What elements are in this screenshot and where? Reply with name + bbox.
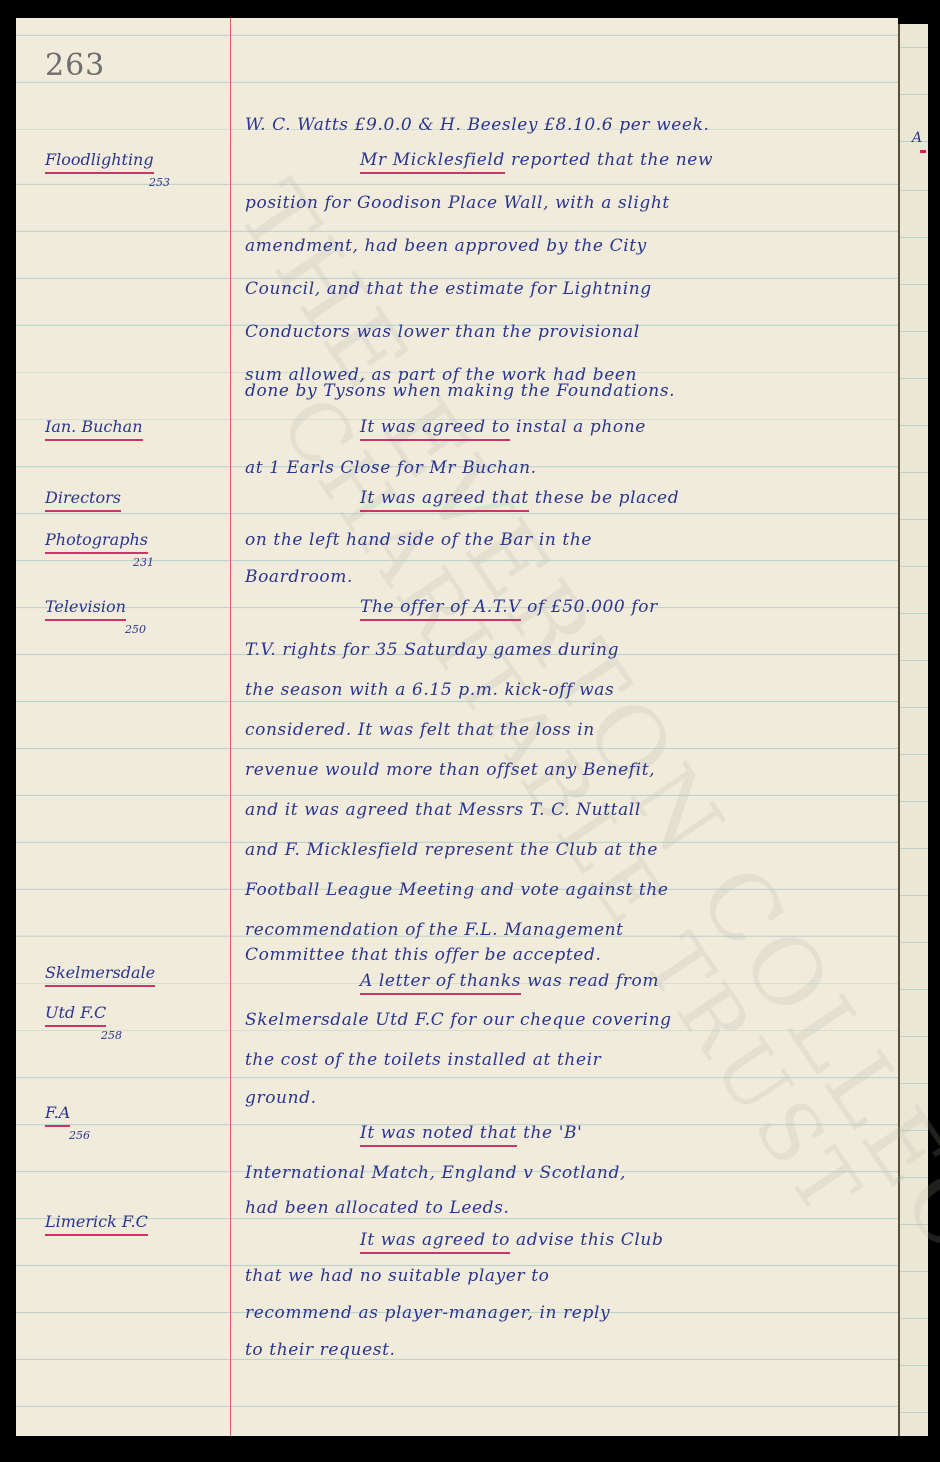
minute-text: revenue would more than offset any Benef… [245,760,655,780]
minute-line: A letter of thanks was read from [360,971,659,991]
minute-line: done by Tysons when making the Foundatio… [245,381,675,401]
minute-line: to their request. [245,1340,396,1360]
page-number: 263 [45,48,105,83]
underlined-phrase: The offer of A.T.V [360,597,521,621]
minute-text: W. C. Watts £9.0.0 & H. Beesley £8.10.6 … [245,115,709,135]
minute-line: It was agreed to instal a phone [360,417,646,437]
minute-text: Council, and that the estimate for Light… [245,279,652,299]
minute-line: recommendation of the F.L. Management [245,920,624,940]
margin-heading-text: Skelmersdale [45,963,155,987]
minute-line: at 1 Earls Close for Mr Buchan. [245,458,537,478]
minute-text: considered. It was felt that the loss in [245,720,595,740]
minute-text: Boardroom. [245,567,353,587]
margin-heading-text: Utd F.C [45,1003,106,1027]
minute-line: on the left hand side of the Bar in the [245,530,592,550]
underlined-phrase: It was agreed that [360,488,529,512]
minute-line: Council, and that the estimate for Light… [245,279,652,299]
minute-line: Committee that this offer be accepted. [245,945,601,965]
minute-text: of £50.000 for [521,597,658,617]
margin-rule [230,18,231,1436]
margin-reference-number: 231 [133,556,154,569]
margin-heading-text: Directors [45,488,121,512]
minute-text: that we had no suitable player to [245,1266,550,1286]
minute-text: the cost of the toilets installed at the… [245,1050,601,1070]
margin-reference-number: 258 [101,1029,122,1042]
minute-line: Mr Micklesfield reported that the new [360,150,713,170]
margin-heading: Utd F.C258 [45,1003,106,1027]
minute-text: on the left hand side of the Bar in the [245,530,592,550]
minute-line: position for Goodison Place Wall, with a… [245,193,670,213]
margin-heading-text: Floodlighting [45,150,154,174]
minute-line: Football League Meeting and vote against… [245,880,669,900]
minute-line: the season with a 6.15 p.m. kick-off was [245,680,614,700]
minute-line: Skelmersdale Utd F.C for our cheque cove… [245,1010,672,1030]
minute-line: ground. [245,1088,317,1108]
margin-heading: Photographs231 [45,530,148,554]
margin-heading: Television250 [45,597,126,621]
margin-reference-number: 250 [125,623,146,636]
minute-line: It was noted that the 'B' [360,1123,582,1143]
minute-text: amendment, had been approved by the City [245,236,647,256]
underlined-phrase: Mr Micklesfield [360,150,505,174]
minute-line: It was agreed to advise this Club [360,1230,663,1250]
margin-heading: Directors [45,488,121,512]
margin-heading-text: Television [45,597,126,621]
minute-line: recommend as player-manager, in reply [245,1303,610,1323]
minute-text: was read from [521,971,659,991]
minute-text: reported that the new [505,150,713,170]
minute-line: that we had no suitable player to [245,1266,550,1286]
underlined-phrase: It was agreed to [360,1230,510,1254]
facing-page-underline [920,150,926,153]
margin-reference-number: 256 [69,1129,90,1142]
minute-text: the 'B' [517,1123,582,1143]
minute-text: T.V. rights for 35 Saturday games during [245,640,619,660]
margin-heading-text: Limerick F.C [45,1212,148,1236]
minute-text: instal a phone [510,417,646,437]
minute-line: the cost of the toilets installed at the… [245,1050,601,1070]
minute-line: had been allocated to Leeds. [245,1198,510,1218]
minute-text: advise this Club [510,1230,663,1250]
facing-page-fragment: A [912,130,922,146]
margin-heading: Ian. Buchan [45,417,143,441]
minute-text: Skelmersdale Utd F.C for our cheque cove… [245,1010,672,1030]
minute-line: Boardroom. [245,567,353,587]
margin-heading-text: Photographs [45,530,148,554]
minute-text: and it was agreed that Messrs T. C. Nutt… [245,800,641,820]
minute-line: considered. It was felt that the loss in [245,720,595,740]
underlined-phrase: It was agreed to [360,417,510,441]
margin-heading-text: Ian. Buchan [45,417,143,441]
minute-text: at 1 Earls Close for Mr Buchan. [245,458,537,478]
margin-heading: F.A256 [45,1103,70,1127]
minute-line: T.V. rights for 35 Saturday games during [245,640,619,660]
margin-heading: Skelmersdale [45,963,155,987]
minute-line: amendment, had been approved by the City [245,236,647,256]
minute-text: had been allocated to Leeds. [245,1198,510,1218]
minute-text: position for Goodison Place Wall, with a… [245,193,670,213]
minute-text: recommend as player-manager, in reply [245,1303,610,1323]
minute-text: International Match, England v Scotland, [245,1163,626,1183]
minute-text: to their request. [245,1340,396,1360]
margin-heading-text: F.A [45,1103,70,1127]
minute-line: revenue would more than offset any Benef… [245,760,655,780]
minute-text: Committee that this offer be accepted. [245,945,601,965]
minute-text: ground. [245,1088,317,1108]
minute-line: W. C. Watts £9.0.0 & H. Beesley £8.10.6 … [245,115,709,135]
minute-text: the season with a 6.15 p.m. kick-off was [245,680,614,700]
minute-text: done by Tysons when making the Foundatio… [245,381,675,401]
minute-line: and F. Micklesfield represent the Club a… [245,840,658,860]
minute-line: International Match, England v Scotland, [245,1163,626,1183]
minute-line: It was agreed that these be placed [360,488,679,508]
margin-heading: Floodlighting253 [45,150,154,174]
underlined-phrase: It was noted that [360,1123,517,1147]
facing-page-edge [898,24,928,1436]
minute-line: Conductors was lower than the provisiona… [245,322,640,342]
minute-text: and F. Micklesfield represent the Club a… [245,840,658,860]
margin-reference-number: 253 [149,176,170,189]
minute-text: Football League Meeting and vote against… [245,880,669,900]
minute-line: The offer of A.T.V of £50.000 for [360,597,658,617]
minute-line: and it was agreed that Messrs T. C. Nutt… [245,800,641,820]
margin-heading: Limerick F.C [45,1212,148,1236]
minute-text: recommendation of the F.L. Management [245,920,624,940]
underlined-phrase: A letter of thanks [360,971,521,995]
minute-text: these be placed [529,488,679,508]
minute-text: Conductors was lower than the provisiona… [245,322,640,342]
